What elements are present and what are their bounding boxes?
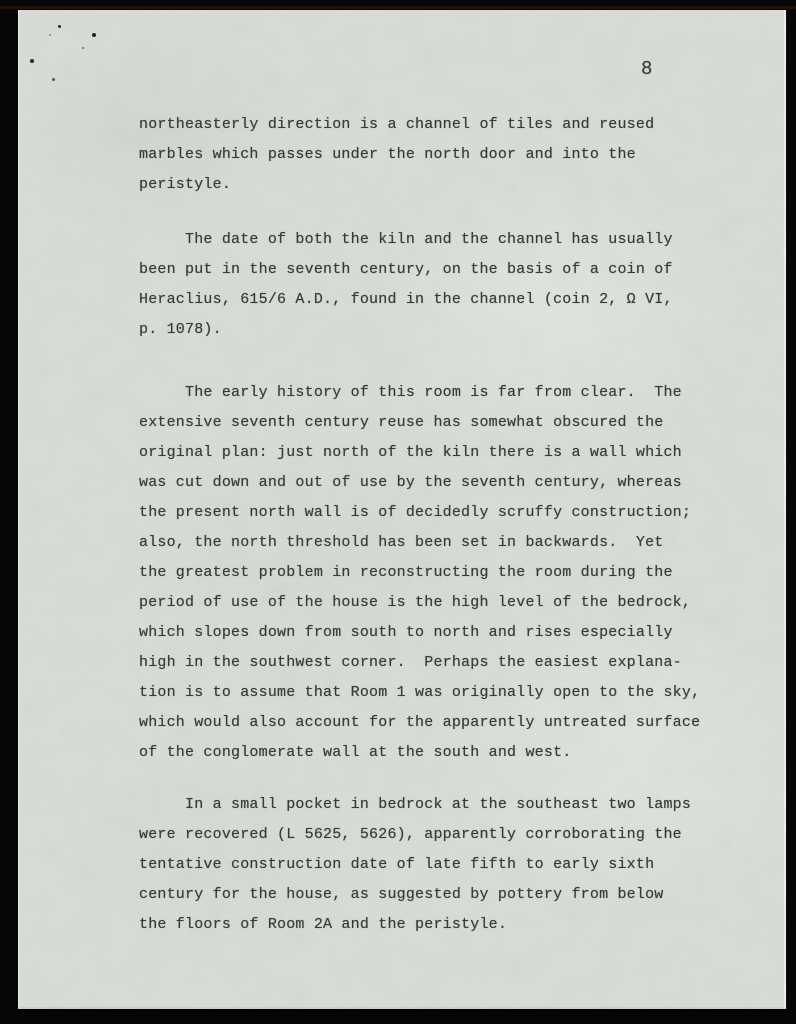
paragraph: northeasterly direction is a channel of … bbox=[139, 110, 759, 200]
scanned-page-background: 8 northeasterly direction is a channel o… bbox=[0, 0, 796, 1024]
paragraph: The date of both the kiln and the channe… bbox=[139, 225, 759, 345]
scan-edge-tint bbox=[0, 6, 796, 9]
dust-speck bbox=[52, 78, 55, 81]
document-page: 8 northeasterly direction is a channel o… bbox=[18, 10, 786, 1009]
dust-speck bbox=[30, 59, 34, 63]
page-body: northeasterly direction is a channel of … bbox=[139, 110, 759, 940]
dust-speck bbox=[82, 47, 84, 49]
paragraph: In a small pocket in bedrock at the sout… bbox=[139, 790, 759, 940]
dust-speck bbox=[92, 33, 96, 37]
dust-speck bbox=[49, 34, 51, 36]
dust-speck bbox=[58, 25, 61, 28]
page-number: 8 bbox=[641, 54, 681, 84]
paragraph: The early history of this room is far fr… bbox=[139, 378, 759, 768]
